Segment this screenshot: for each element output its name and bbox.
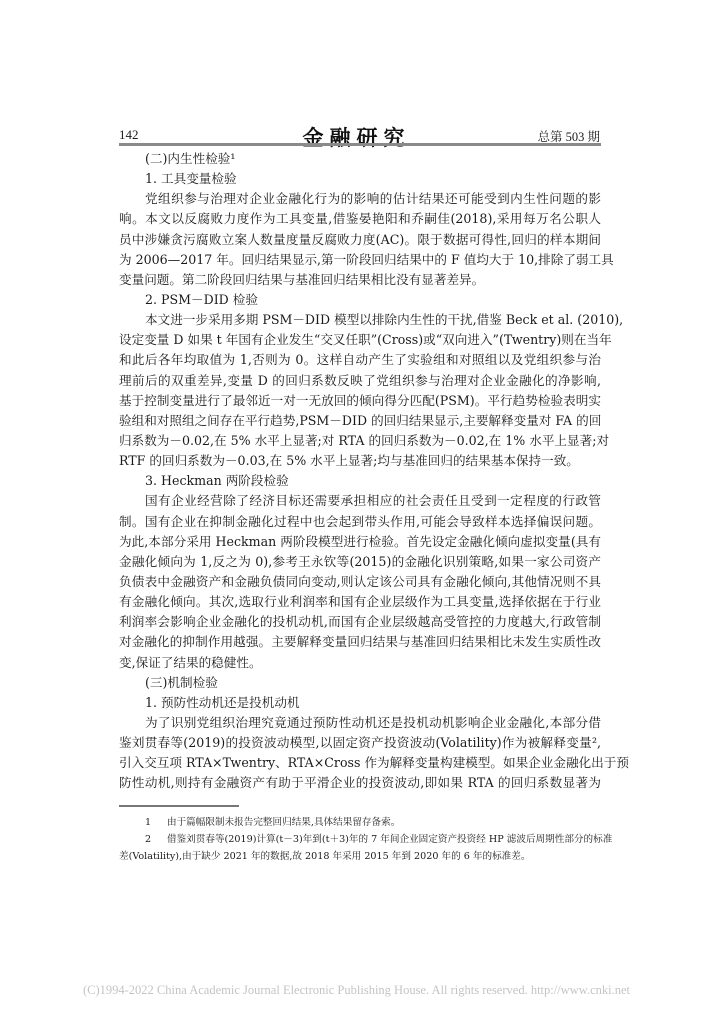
text-line: 金融化倾向为 1,反之为 0),参考王永钦等(2015)的金融化识别策略,如果一… (119, 552, 601, 572)
text-line: 和此后各年均取值为 1,否则为 0。这样自动产生了实验组和对照组以及党组织参与治 (119, 350, 601, 370)
text-line: 验组和对照组之间存在平行趋势,PSM－DID 的回归结果显示,主要解释变量对 F… (119, 411, 601, 431)
text-line: 防性动机,则持有金融资产有助于平滑企业的投资波动,即如果 RTA 的回归系数显著… (119, 773, 601, 793)
text-line: 员中涉嫌贪污腐败立案人数量度量反腐败力度(AC)。限于数据可得性,回归的样本期间 (119, 230, 601, 250)
text-line: 归系数为－0.02,在 5% 水平上显著;对 RTA 的回归系数为－0.02,在… (119, 431, 601, 451)
text-line: 基于控制变量进行了最邻近一对一无放回的倾向得分匹配(PSM)。平行趋势检验表明实 (119, 391, 601, 411)
text-line: RTF 的回归系数为－0.03,在 5% 水平上显著;均与基准回归的结果基本保持… (119, 451, 601, 471)
text-line: 对金融化的抑制作用越强。主要解释变量回归结果与基准回归结果相比未发生实质性改 (119, 632, 601, 652)
copyright-notice: (C)1994-2022 China Academic Journal Elec… (0, 983, 713, 998)
text-line: 变量问题。第二阶段回归结果与基准回归结果相比没有显著差异。 (119, 270, 601, 290)
footnotes: 1由于篇幅限制未报告完整回归结果,具体结果留存备索。2借鉴刘贯春等(2019)计… (119, 814, 601, 865)
text-line: 2. PSM－DID 检验 (119, 290, 601, 310)
text-line: 有金融化倾向。其次,选取行业利润率和国有企业层级作为工具变量,选择依据在于行业 (119, 592, 601, 612)
journal-title: 金融研究 (0, 122, 713, 152)
body-text: (二)内生性检验¹1. 工具变量检验党组织参与治理对企业金融化行为的影响的估计结… (119, 149, 601, 794)
text-line: 变,保证了结果的稳健性。 (119, 653, 601, 673)
text-line: 设定变量 D 如果 t 年国有企业发生“交叉任职”(Cross)或“双向进入”(… (119, 330, 601, 350)
text-line: 国有企业经营除了经济目标还需要承担相应的社会责任且受到一定程度的行政管 (119, 491, 601, 511)
text-line: 鉴刘贯春等(2019)的投资波动模型,以固定资产投资波动(Volatility)… (119, 733, 601, 753)
header-rule (119, 143, 601, 146)
text-line: 3. Heckman 两阶段检验 (119, 471, 601, 491)
footnote-line: 2借鉴刘贯春等(2019)计算(t－3)年到(t＋3)年的 7 年间企业固定资产… (119, 831, 601, 848)
footnote-text: 差(Volatility),由于缺少 2021 年的数据,故 2018 年采用 … (119, 851, 530, 862)
text-line: 制。国有企业在抑制金融化过程中也会起到带头作用,可能会导致样本选择偏误问题。 (119, 512, 601, 532)
text-line: 1. 工具变量检验 (119, 169, 601, 189)
text-line: 负债表中金融资产和金融负债同向变动,则认定该公司具有金融化倾向,其他情况则不具 (119, 572, 601, 592)
text-line: 本文进一步采用多期 PSM－DID 模型以排除内生性的干扰,借鉴 Beck et… (119, 310, 601, 330)
footnote-text: 借鉴刘贯春等(2019)计算(t－3)年到(t＋3)年的 7 年间企业固定资产投… (167, 834, 612, 845)
text-line: 1. 预防性动机还是投机动机 (119, 693, 601, 713)
footnote-text: 由于篇幅限制未报告完整回归结果,具体结果留存备索。 (167, 817, 400, 828)
text-line: 为 2006—2017 年。回归结果显示,第一阶段回归结果中的 F 值均大于 1… (119, 250, 601, 270)
text-line: 为了识别党组织治理究竟通过预防性动机还是投机动机影响企业金融化,本部分借 (119, 713, 601, 733)
footnote-line: 1由于篇幅限制未报告完整回归结果,具体结果留存备索。 (119, 814, 601, 831)
text-line: (三)机制检验 (119, 673, 601, 693)
footnote-line: 差(Volatility),由于缺少 2021 年的数据,故 2018 年采用 … (119, 848, 601, 865)
text-line: 为此,本部分采用 Heckman 两阶段模型进行检验。首先设定金融化倾向虚拟变量… (119, 532, 601, 552)
footnote-number: 1 (145, 814, 167, 831)
text-line: (二)内生性检验¹ (119, 149, 601, 169)
text-line: 理前后的双重差异,变量 D 的回归系数反映了党组织参与治理对企业金融化的净影响, (119, 371, 601, 391)
footnote-rule (119, 805, 239, 807)
text-line: 响。本文以反腐败力度作为工具变量,借鉴晏艳阳和乔嗣佳(2018),采用每万名公职… (119, 209, 601, 229)
footnote-number: 2 (145, 831, 167, 848)
text-line: 利润率会影响企业金融化的投机动机,而国有企业层级越高受管控的力度越大,行政管制 (119, 612, 601, 632)
text-line: 党组织参与治理对企业金融化行为的影响的估计结果还可能受到内生性问题的影 (119, 189, 601, 209)
text-line: 引入交互项 RTA×Twentry、RTA×Cross 作为解释变量构建模型。如… (119, 753, 601, 773)
